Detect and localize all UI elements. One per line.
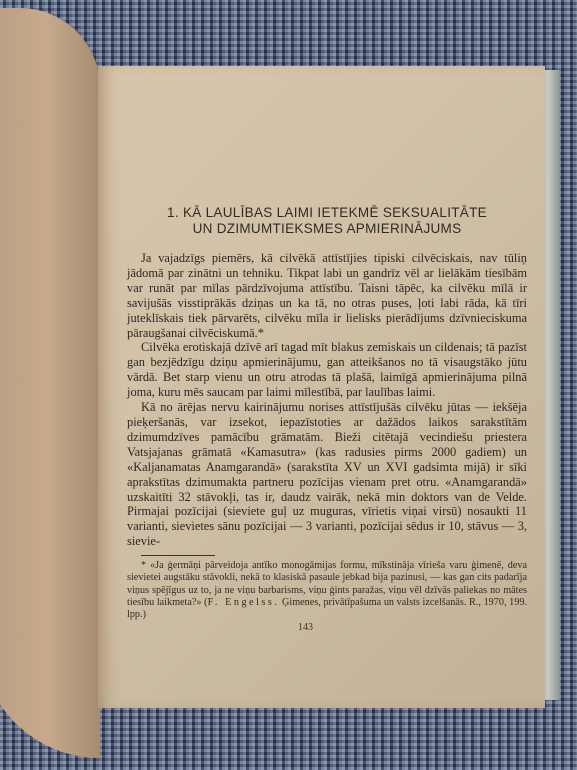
- page-number: 143: [298, 622, 313, 633]
- chapter-title-line-2: UN DZIMUMTIEKSMES APMIERINĀJUMS: [127, 221, 527, 237]
- paragraph-1: Ja vajadzīgs piemērs, kā cilvēkā attīstī…: [127, 251, 527, 340]
- left-page-curled: [0, 8, 100, 758]
- chapter-title: 1. KĀ LAULĪBAS LAIMI IETEKMĒ SEKSUALITĀT…: [127, 205, 527, 237]
- footnote-author: F. Engelss.: [208, 597, 280, 608]
- paragraph-3: Kā no ārējas nervu kairinājumu norises a…: [127, 400, 527, 549]
- footnote-marker: *: [141, 560, 146, 571]
- paragraph-2: Cilvēka erotiskajā dzīvē arī tagad mīt b…: [127, 340, 527, 400]
- footnote: * «Ja ģermāņi pārveidoja antīko monogāmi…: [127, 560, 527, 621]
- chapter-title-line-1: 1. KĀ LAULĪBAS LAIMI IETEKMĒ SEKSUALITĀT…: [127, 205, 527, 221]
- page-text: 1. KĀ LAULĪBAS LAIMI IETEKMĒ SEKSUALITĀT…: [127, 205, 527, 621]
- footnote-divider: [141, 555, 215, 556]
